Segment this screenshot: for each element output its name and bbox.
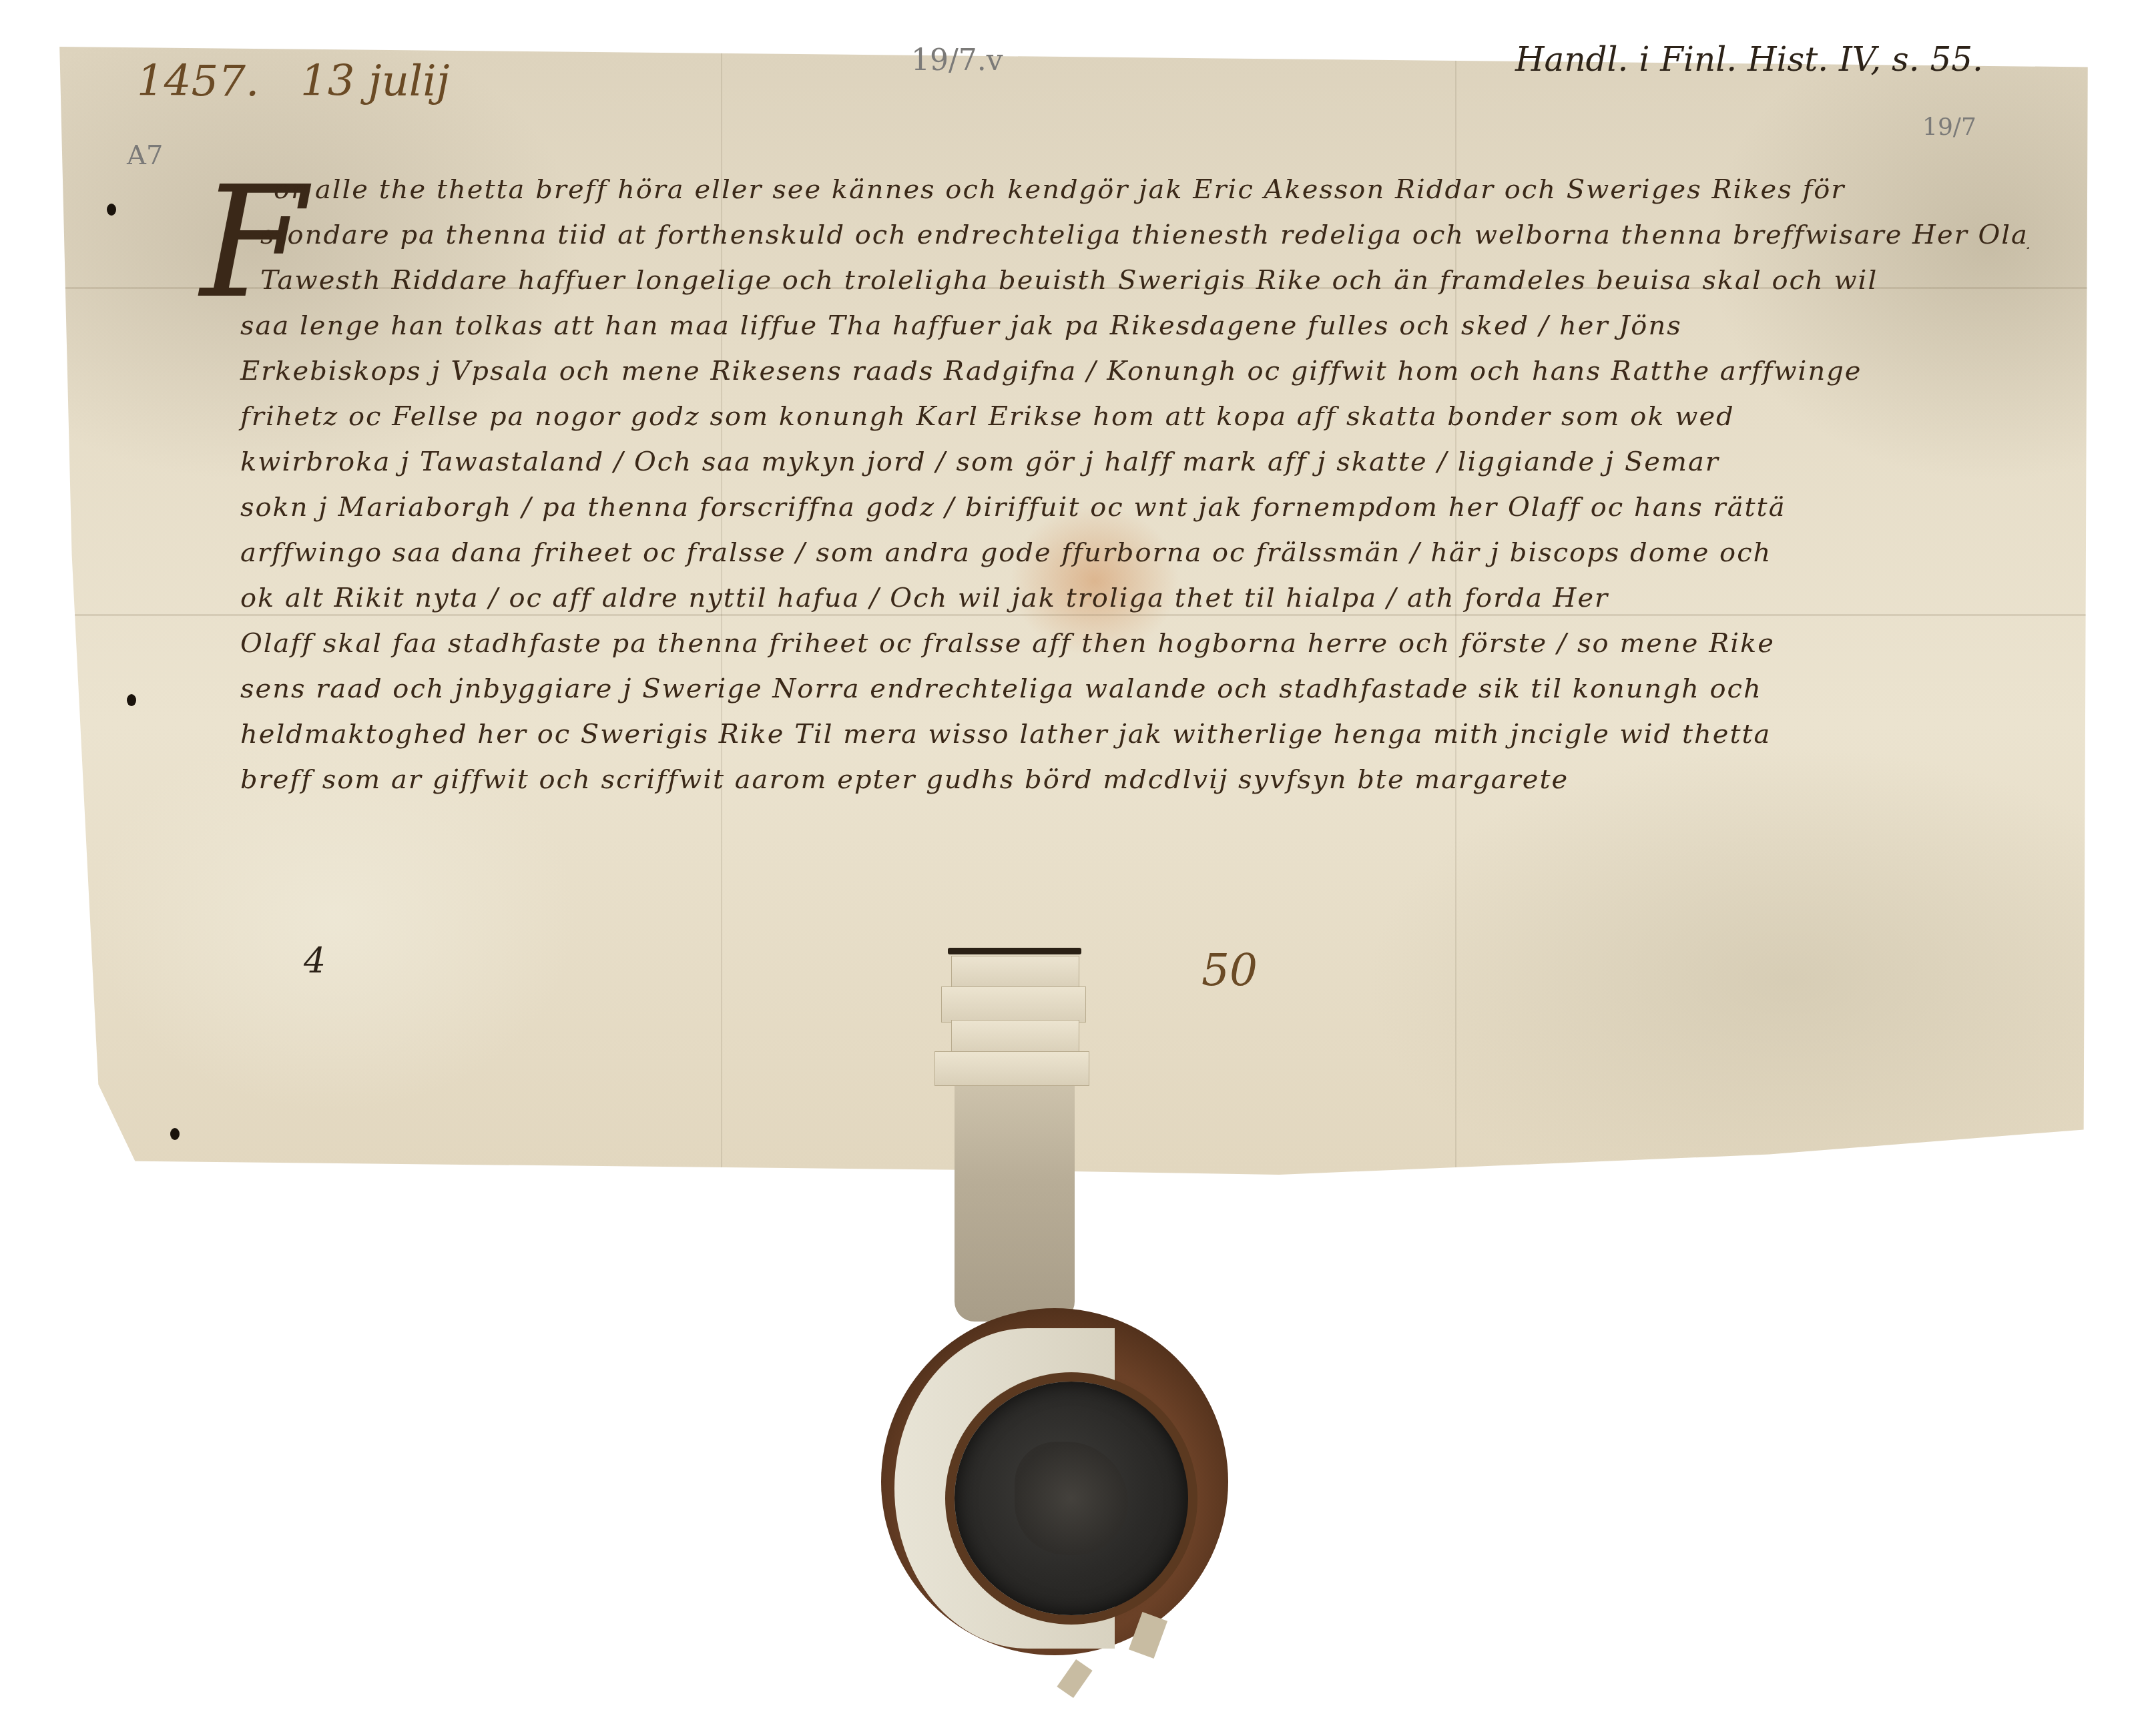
text-line: heldmaktoghed her oc Swerigis Rike Til m… [227, 711, 2029, 757]
text-line: arffwingo saa dana friheet oc fralsse / … [227, 530, 2029, 575]
seal-tag-band [951, 956, 1079, 989]
annotation-shelfmark: 19/7.v [911, 43, 1003, 77]
annotation-pencil-fraction: 19/7 [1922, 113, 1976, 141]
annotation-pencil-margin: A7 [127, 140, 163, 171]
text-line: sens raad och jnbyggiare j Swerige Norra… [227, 666, 2029, 711]
seal-tag-band [934, 1051, 1089, 1086]
text-line: stondare pa thenna tiid at forthenskuld … [227, 212, 2029, 258]
charter-text: or alle the thetta breff höra eller see … [227, 167, 2029, 802]
text-line: saa lenge han tolkas att han maa liffue … [227, 303, 2029, 348]
text-line: sokn j Mariaborgh / pa thenna forscriffn… [227, 485, 2029, 530]
text-line: Tawesth Riddare haffuer longelige och tr… [227, 258, 2029, 303]
annotation-number-4: 4 [304, 941, 326, 981]
punch-hole [127, 694, 136, 706]
text-line: breff som ar giffwit och scriffwit aarom… [227, 757, 2029, 802]
punch-hole [107, 204, 116, 216]
annotation-date-day: 13 julij [300, 57, 450, 106]
punch-hole [170, 1128, 180, 1140]
annotation-number-50: 50 [1201, 944, 1258, 996]
text-line: kwirbroka j Tawastaland / Och saa mykyn … [227, 439, 2029, 485]
annotation-date-year: 1457. [137, 57, 259, 106]
text-line: ok alt Rikit nyta / oc aff aldre nyttil … [227, 575, 2029, 621]
text-line: Olaff skal faa stadhfaste pa thenna frih… [227, 621, 2029, 666]
annotation-reference: Handl. i Finl. Hist. IV, s. 55. [1515, 40, 1983, 79]
text-line: Erkebiskops j Vpsala och mene Rikesens r… [227, 348, 2029, 394]
seal-tag-stub [1057, 1659, 1092, 1698]
seal-tag-band [941, 986, 1086, 1023]
tag-slit [948, 948, 1081, 954]
seal-tag-band [951, 1020, 1079, 1055]
text-line: or alle the thetta breff höra eller see … [227, 167, 2029, 212]
text-line: frihetz oc Fellse pa nogor godz som konu… [227, 394, 2029, 439]
